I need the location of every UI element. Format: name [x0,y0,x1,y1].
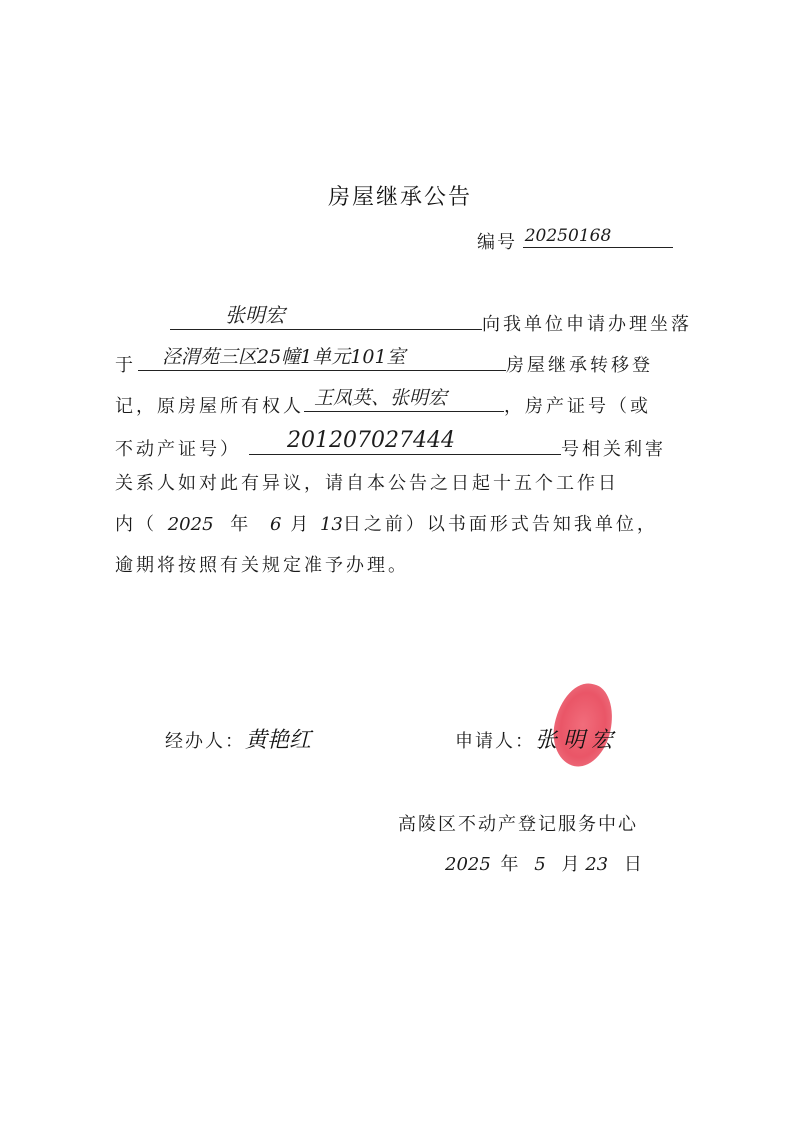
line6-prefix: 内（ [115,514,157,535]
line3-suffix: ，房产证号（或 [504,396,651,417]
issue-day: 23 [585,854,608,875]
document-title: 房屋继承公告 [0,180,800,211]
handler-label: 经办人： [165,731,245,752]
handler-signature-block: 经办人：黄艳红 [165,723,311,754]
serial-label: 编号 [477,232,517,253]
body-line-7: 逾期将按照有关规定准予办理。 [115,551,409,577]
month-char: 月 [290,514,311,535]
original-owners-field: 王凤英、张明宏 [304,387,504,412]
issue-day-char: 日 [624,854,642,875]
serial-number-row: 编号 20250168 [477,225,673,254]
deadline-year: 2025 [168,514,214,535]
body-line-6: 内（ 2025 年 6 月 13日之前）以书面形式告知我单位， [115,510,658,536]
applicant-name: 张明宏 [225,299,285,328]
handler-signature: 黄艳红 [245,728,311,753]
certificate-number-field: 201207027444 [249,428,561,455]
applicant-label: 申请人： [455,731,535,752]
applicant-signature-block: 申请人：张明宏 [455,723,619,754]
applicant-name-field: 张明宏 [170,305,482,330]
body-line-2: 于 泾渭苑三区25幢1单元101室 房屋继承转移登 [115,346,653,377]
issue-year: 2025 [445,854,491,875]
applicant-signature: 张明宏 [535,728,619,753]
body-line-5: 关系人如对此有异议，请自本公告之日起十五个工作日 [115,469,619,495]
line1-text: 向我单位申请办理坐落 [482,314,692,335]
body-line-1: 张明宏 向我单位申请办理坐落 [115,305,692,336]
line3-prefix: 记，原房屋所有权人 [115,396,304,417]
line2-prefix: 于 [115,355,136,376]
certificate-number: 201207027444 [287,428,455,453]
line4-suffix: 号相关利害 [561,439,666,460]
line2-text: 房屋继承转移登 [506,355,653,376]
issue-year-char: 年 [501,854,519,875]
body-line-3: 记，原房屋所有权人 王凤英、张明宏 ，房产证号（或 [115,387,651,418]
body-line-4: 不动产证号） 201207027444 号相关利害 [115,428,666,461]
deadline-month: 6 [270,514,281,535]
deadline-day: 13 [320,514,343,535]
property-address-field: 泾渭苑三区25幢1单元101室 [138,346,506,371]
line6-suffix: 日之前）以书面形式告知我单位， [343,514,658,535]
year-char: 年 [230,514,251,535]
property-address: 泾渭苑三区25幢1单元101室 [162,342,406,369]
issuer-name: 高陵区不动产登记服务中心 [398,810,638,836]
issue-date: 2025 年 5 月 23 日 [445,850,642,876]
issue-month-char: 月 [561,854,579,875]
serial-field: 20250168 [523,225,673,248]
serial-value: 20250168 [525,226,612,246]
original-owners: 王凤英、张明宏 [314,383,447,410]
issue-month: 5 [534,854,545,875]
line4-prefix: 不动产证号） [115,439,241,460]
